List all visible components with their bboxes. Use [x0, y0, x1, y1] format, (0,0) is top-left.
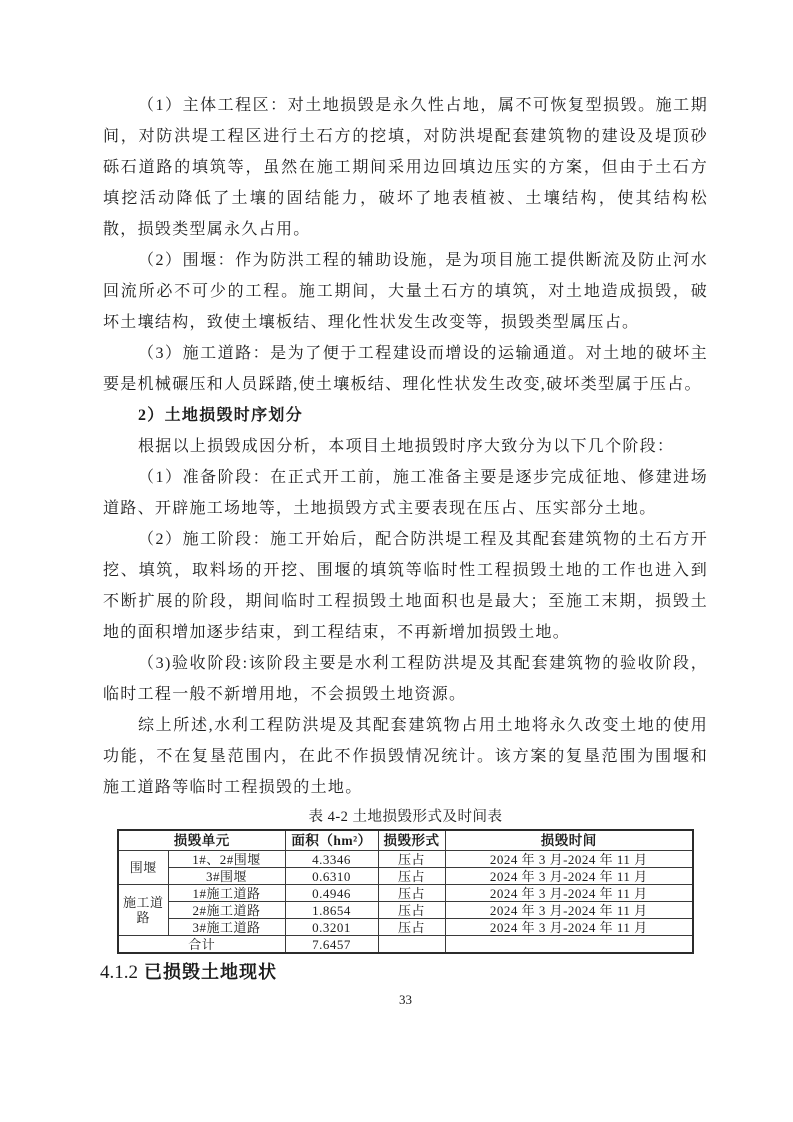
total-label-cell: 合计 — [118, 936, 285, 954]
paragraph-cofferdam: （2）围堰：作为防洪工程的辅助设施，是为项目施工提供断流及防止河水回流所必不可少… — [103, 245, 708, 338]
unit-cell: 3#围堰 — [168, 868, 285, 885]
area-cell: 4.3346 — [285, 851, 378, 868]
time-cell: 2024 年 3 月-2024 年 11 月 — [445, 868, 693, 885]
form-cell: 压占 — [378, 851, 445, 868]
header-damage-time: 损毁时间 — [445, 830, 693, 851]
time-cell: 2024 年 3 月-2024 年 11 月 — [445, 885, 693, 902]
area-cell: 0.3201 — [285, 919, 378, 936]
paragraph-acceptance-stage: （3)验收阶段:该阶段主要是水利工程防洪堤及其配套建筑物的验收阶段，临时工程一般… — [103, 648, 708, 710]
paragraph-main-works: （1）主体工程区：对土地损毁是永久性占地，属不可恢复型损毁。施工期间，对防洪堤工… — [103, 90, 708, 245]
paragraph-construction-road: （3）施工道路：是为了便于工程建设而增设的运输通道。对土地的破坏主要是机械碾压和… — [103, 338, 708, 400]
header-damage-unit: 损毁单元 — [118, 830, 285, 851]
total-area-cell: 7.6457 — [285, 936, 378, 954]
header-area: 面积（hm²） — [285, 830, 378, 851]
time-cell: 2024 年 3 月-2024 年 11 月 — [445, 919, 693, 936]
area-cell: 0.6310 — [285, 868, 378, 885]
group-cell-construction-road: 施工道路 — [118, 885, 168, 936]
form-cell: 压占 — [378, 885, 445, 902]
form-cell: 压占 — [378, 919, 445, 936]
table-row: 围堰 1#、2#围堰 4.3346 压占 2024 年 3 月-2024 年 1… — [118, 851, 693, 868]
form-cell: 压占 — [378, 902, 445, 919]
time-cell: 2024 年 3 月-2024 年 11 月 — [445, 902, 693, 919]
unit-cell: 1#施工道路 — [168, 885, 285, 902]
paragraph-preparation-stage: （1）准备阶段：在正式开工前，施工准备主要是逐步完成征地、修建进场道路、开辟施工… — [103, 462, 708, 524]
table-row: 2#施工道路 1.8654 压占 2024 年 3 月-2024 年 11 月 — [118, 902, 693, 919]
unit-cell: 3#施工道路 — [168, 919, 285, 936]
total-time-cell — [445, 936, 693, 954]
paragraph-summary: 综上所述,水利工程防洪堤及其配套建筑物占用土地将永久改变土地的使用功能，不在复垦… — [103, 710, 708, 803]
document-page: （1）主体工程区：对土地损毁是永久性占地，属不可恢复型损毁。施工期间，对防洪堤工… — [0, 0, 793, 1122]
table-header-row: 损毁单元 面积（hm²） 损毁形式 损毁时间 — [118, 830, 693, 851]
total-form-cell — [378, 936, 445, 954]
table-total-row: 合计 7.6457 — [118, 936, 693, 954]
unit-cell: 1#、2#围堰 — [168, 851, 285, 868]
paragraph-sequence-intro: 根据以上损毁成因分析，本项目土地损毁时序大致分为以下几个阶段： — [103, 431, 708, 462]
area-cell: 0.4946 — [285, 885, 378, 902]
paragraph-construction-stage: （2）施工阶段：施工开始后，配合防洪堤工程及其配套建筑物的土石方开挖、填筑，取料… — [103, 524, 708, 648]
section-number: 4.1.2 — [100, 962, 138, 983]
table-row: 3#施工道路 0.3201 压占 2024 年 3 月-2024 年 11 月 — [118, 919, 693, 936]
section-title: 已损毁土地现状 — [144, 962, 277, 982]
table-row: 3#围堰 0.6310 压占 2024 年 3 月-2024 年 11 月 — [118, 868, 693, 885]
form-cell: 压占 — [378, 868, 445, 885]
area-cell: 1.8654 — [285, 902, 378, 919]
damage-table: 损毁单元 面积（hm²） 损毁形式 损毁时间 围堰 1#、2#围堰 4.3346… — [117, 829, 694, 954]
table-caption: 表 4-2 土地损毁形式及时间表 — [103, 806, 708, 828]
section-heading: 4.1.2已损毁土地现状 — [100, 959, 708, 987]
header-damage-form: 损毁形式 — [378, 830, 445, 851]
subheading-damage-sequence: 2）土地损毁时序划分 — [103, 400, 708, 431]
group-cell-cofferdam: 围堰 — [118, 851, 168, 885]
table-row: 施工道路 1#施工道路 0.4946 压占 2024 年 3 月-2024 年 … — [118, 885, 693, 902]
unit-cell: 2#施工道路 — [168, 902, 285, 919]
page-content: （1）主体工程区：对土地损毁是永久性占地，属不可恢复型损毁。施工期间，对防洪堤工… — [103, 90, 708, 1009]
time-cell: 2024 年 3 月-2024 年 11 月 — [445, 851, 693, 868]
page-number: 33 — [103, 991, 708, 1009]
